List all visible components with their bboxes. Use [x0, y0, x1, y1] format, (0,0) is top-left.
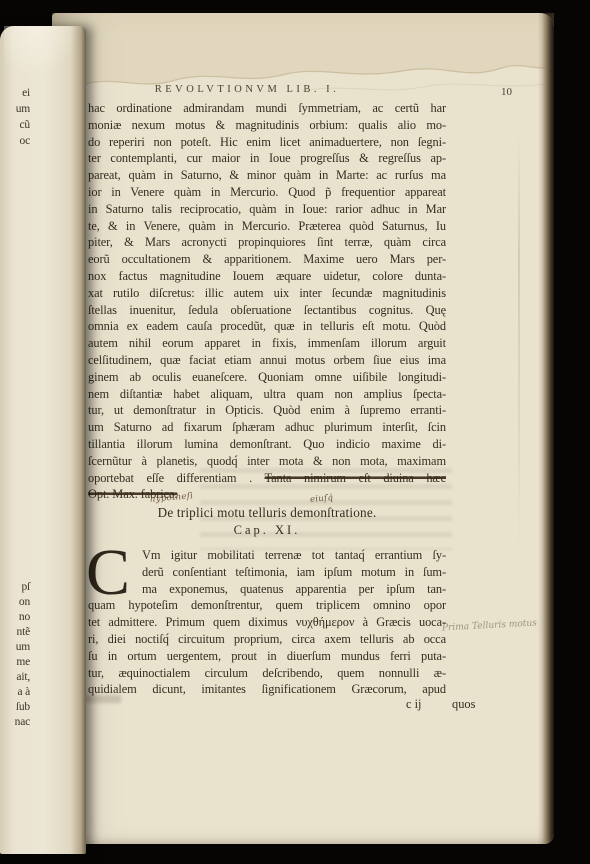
text-line: eorũ occultationem & apparitionem. Maxim… — [88, 251, 446, 268]
text-line: tur, æquinoctialem circulum deſcribendo,… — [88, 665, 446, 682]
text-line: a à — [0, 685, 30, 700]
text-line: Opt. Max. fabrica. — [88, 486, 446, 503]
main-page: 10 Prima Telluris motus REVOLVTIONVM LIB… — [52, 13, 554, 844]
text-line: um — [0, 640, 30, 655]
handwritten-annotation: eiuſq́ — [310, 493, 334, 505]
text-block: REVOLVTIONVM LIB. I. hac ordinatione adm… — [88, 84, 446, 95]
text-line: oportebat eſſe differentiam . Tanta nimi… — [88, 470, 446, 487]
text-line: no — [0, 610, 30, 625]
text-line: celſitudinem, quæ faciat etiam annui mot… — [88, 352, 446, 369]
signature-mark: c ij — [406, 697, 421, 712]
previous-page-edge: eiumcũoc pſonnontẽummeait,a àſubnac — [0, 26, 86, 854]
text-line: oc — [0, 133, 30, 149]
previous-page-text-fragments-top: eiumcũoc — [0, 85, 30, 149]
text-line: ginem ab oculis euaneſcere. Quoniam omne… — [88, 369, 446, 386]
text-line: tillantia illorum lumina demonſtrant. Qu… — [88, 436, 446, 453]
text-line: um — [0, 101, 30, 117]
previous-page-text-fragments-bottom: pſonnontẽummeait,a àſubnac — [0, 580, 30, 730]
text-line: te, & in Venere, quàm in Mercurio. Præte… — [88, 218, 446, 235]
page-crease — [518, 133, 520, 553]
text-line: xat rutilo diſcretus: illic autem uix in… — [88, 285, 446, 302]
text-line: nem diſtantiæ habet aliquam, ultra quam … — [88, 386, 446, 403]
text-line: tet admittere. Primum quem diximus νυχθή… — [88, 614, 446, 631]
text-line: tur, ut demonſtratur in Opticis. Quòd en… — [88, 402, 446, 419]
chapter-number: Cap. XI. — [88, 523, 446, 538]
book-photo: 10 Prima Telluris motus REVOLVTIONVM LIB… — [0, 0, 590, 864]
text-line: moniæ nexum motus & magnitudinis orbium:… — [88, 117, 446, 134]
text-line: cũ — [0, 117, 30, 133]
margin-annotation: Prima Telluris motus — [442, 616, 577, 633]
text-line: quidialem dicunt, imitantes ſignificatio… — [88, 681, 446, 698]
text-line: Vm igitur mobilitati terrenæ tot tantaq́… — [88, 547, 446, 564]
text-line: ei — [0, 85, 30, 101]
text-line: ma exponemus, quatenus apparentia per ip… — [88, 581, 446, 598]
text-line: nac — [0, 715, 30, 730]
text-line: on — [0, 595, 30, 610]
text-line: piter, & Mars acronycti propinquiores ſi… — [88, 234, 446, 251]
chapter-title: hypotheſi eiuſq́ De triplici motu tellur… — [88, 505, 446, 538]
text-line: ntẽ — [0, 625, 30, 640]
text-line: pareat, quàm in Saturno, & minor quàm in… — [88, 167, 446, 184]
text-line: um Saturno ad fixarum ſphæram adhuc plur… — [88, 419, 446, 436]
page-number: 10 — [501, 86, 512, 98]
paragraph-1-lines: hac ordinatione admirandam mundi ſymmetr… — [88, 100, 446, 470]
text-line: ter contemplanti, cur maior in Ioue prog… — [88, 150, 446, 167]
text-line: quam hypoteſim demonſtrentur, quem tripl… — [88, 597, 446, 614]
text-line: pſ — [0, 580, 30, 595]
text-line: ſtellas inuenitur, ſedula obſeruatione ſ… — [88, 302, 446, 319]
book-fore-edge — [538, 13, 554, 844]
text-line: derũ conſentiant teſtimonia, iam ipſum m… — [88, 564, 446, 581]
text-segment: oportebat eſſe differentiam . — [88, 471, 252, 485]
text-line: ſcernũtur à planetis, quodq́ inter mota … — [88, 453, 446, 470]
catchword: quos — [452, 697, 475, 712]
body-paragraph-2: Vm igitur mobilitati terrenæ tot tantaq́… — [88, 547, 446, 698]
running-title: REVOLVTIONVM LIB. I. — [88, 84, 446, 95]
text-line: ri, diei noctiſq́ circuitum proprium, ci… — [88, 631, 446, 648]
text-line: autem nihil eorum apparet in fixis, imme… — [88, 335, 446, 352]
text-line: omnia ex eadem cauſa procedũt, quæ in te… — [88, 318, 446, 335]
text-line: hac ordinatione admirandam mundi ſymmetr… — [88, 100, 446, 117]
text-line: ſub — [0, 700, 30, 715]
text-line: ſu in ortum uergentem, prout in diuerſum… — [88, 648, 446, 665]
text-line: ior in Venere quàm in Mercurio. Quod p̃ … — [88, 184, 446, 201]
signature-line: c ij quos — [88, 697, 446, 714]
text-line: nox factus magnitudine Iouem æquare uide… — [88, 268, 446, 285]
chapter-heading: De triplici motu telluris demonſtratione… — [88, 505, 446, 521]
text-line: me — [0, 655, 30, 670]
censored-text: Tanta nimirum eſt diuina hæc — [265, 471, 446, 485]
text-line: in Saturno talis reciprocatio, quàm in I… — [88, 201, 446, 218]
body-paragraph-1: hac ordinatione admirandam mundi ſymmetr… — [88, 100, 446, 503]
text-line: ait, — [0, 670, 30, 685]
text-line: do reperiri non poteſt. Hic enim licet a… — [88, 134, 446, 151]
